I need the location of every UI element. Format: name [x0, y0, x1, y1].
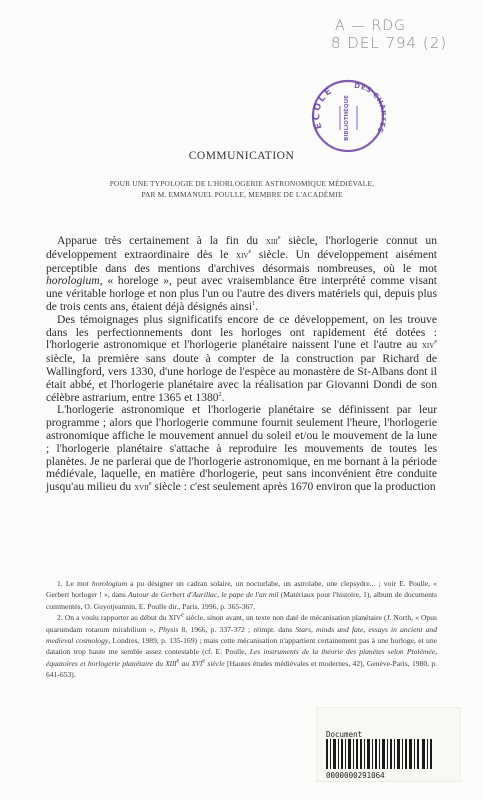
handwritten-call-number: A — RDG 8 DEL 794 (2) [335, 18, 447, 52]
barcode-label: Document 0000000291064 [316, 707, 461, 782]
paragraph-2: Des témoignages plus significatifs encor… [46, 314, 437, 405]
scanned-page: A — RDG 8 DEL 794 (2) ECOLE DES CHARTES … [0, 0, 483, 800]
body-text: Apparue très certainement à la fin du xi… [46, 235, 437, 495]
subtitle-title-line: POUR UNE TYPOLOGIE DE L'HORLOGERIE ASTRO… [46, 178, 438, 189]
footnote-1: 1. Le mot horologium a pu désigner un ca… [46, 578, 437, 612]
stamp-seal-icon: ECOLE DES CHARTES BIBLIOTHÈQUE [310, 78, 386, 154]
library-stamp: ECOLE DES CHARTES BIBLIOTHÈQUE [310, 78, 386, 154]
paragraph-3: L'horlogerie astronomique et l'horlogeri… [46, 404, 437, 495]
footnote-2: 2. On a voulu rapporter au début du xive… [46, 612, 437, 680]
svg-text:BIBLIOTHÈQUE: BIBLIOTHÈQUE [342, 95, 350, 141]
footnotes: 1. Le mot horologium a pu désigner un ca… [46, 578, 437, 681]
section-title: COMMUNICATION [0, 150, 483, 162]
barcode-title: Document [326, 730, 362, 739]
handwritten-line-1: A — RDG [335, 18, 447, 35]
article-subtitle: POUR UNE TYPOLOGIE DE L'HORLOGERIE ASTRO… [46, 178, 438, 200]
handwritten-line-2: 8 DEL 794 (2) [331, 35, 447, 52]
barcode-icon [326, 739, 432, 769]
barcode-number: 0000000291064 [326, 771, 385, 780]
subtitle-author-line: PAR M. EMMANUEL POULLE, MEMBRE DE L'ACAD… [46, 189, 438, 200]
svg-text:DES CHARTES: DES CHARTES [354, 82, 386, 135]
paragraph-1: Apparue très certainement à la fin du xi… [46, 235, 437, 314]
